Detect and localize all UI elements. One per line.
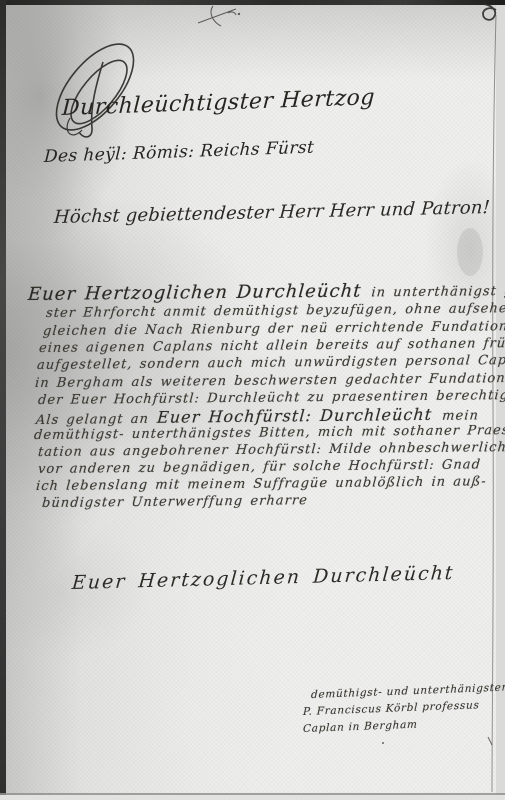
body-line: bündigster Unterwerffung erharre (41, 493, 308, 511)
manuscript-scan: Durchleüchtigster Hertzog Des heÿl: Römi… (0, 0, 505, 800)
scan-edge-left (0, 0, 6, 800)
body-line8-pre: Als gelangt an (35, 412, 149, 428)
body-line1-rest: in unterthänigst gehorsamb- (371, 283, 505, 300)
body-line1-lead: Euer Hertzoglichen Durchleücht (27, 280, 362, 305)
body-line8-post: mein (442, 408, 480, 423)
scan-edge-top (0, 0, 505, 5)
scan-area-below-paper (0, 795, 505, 800)
